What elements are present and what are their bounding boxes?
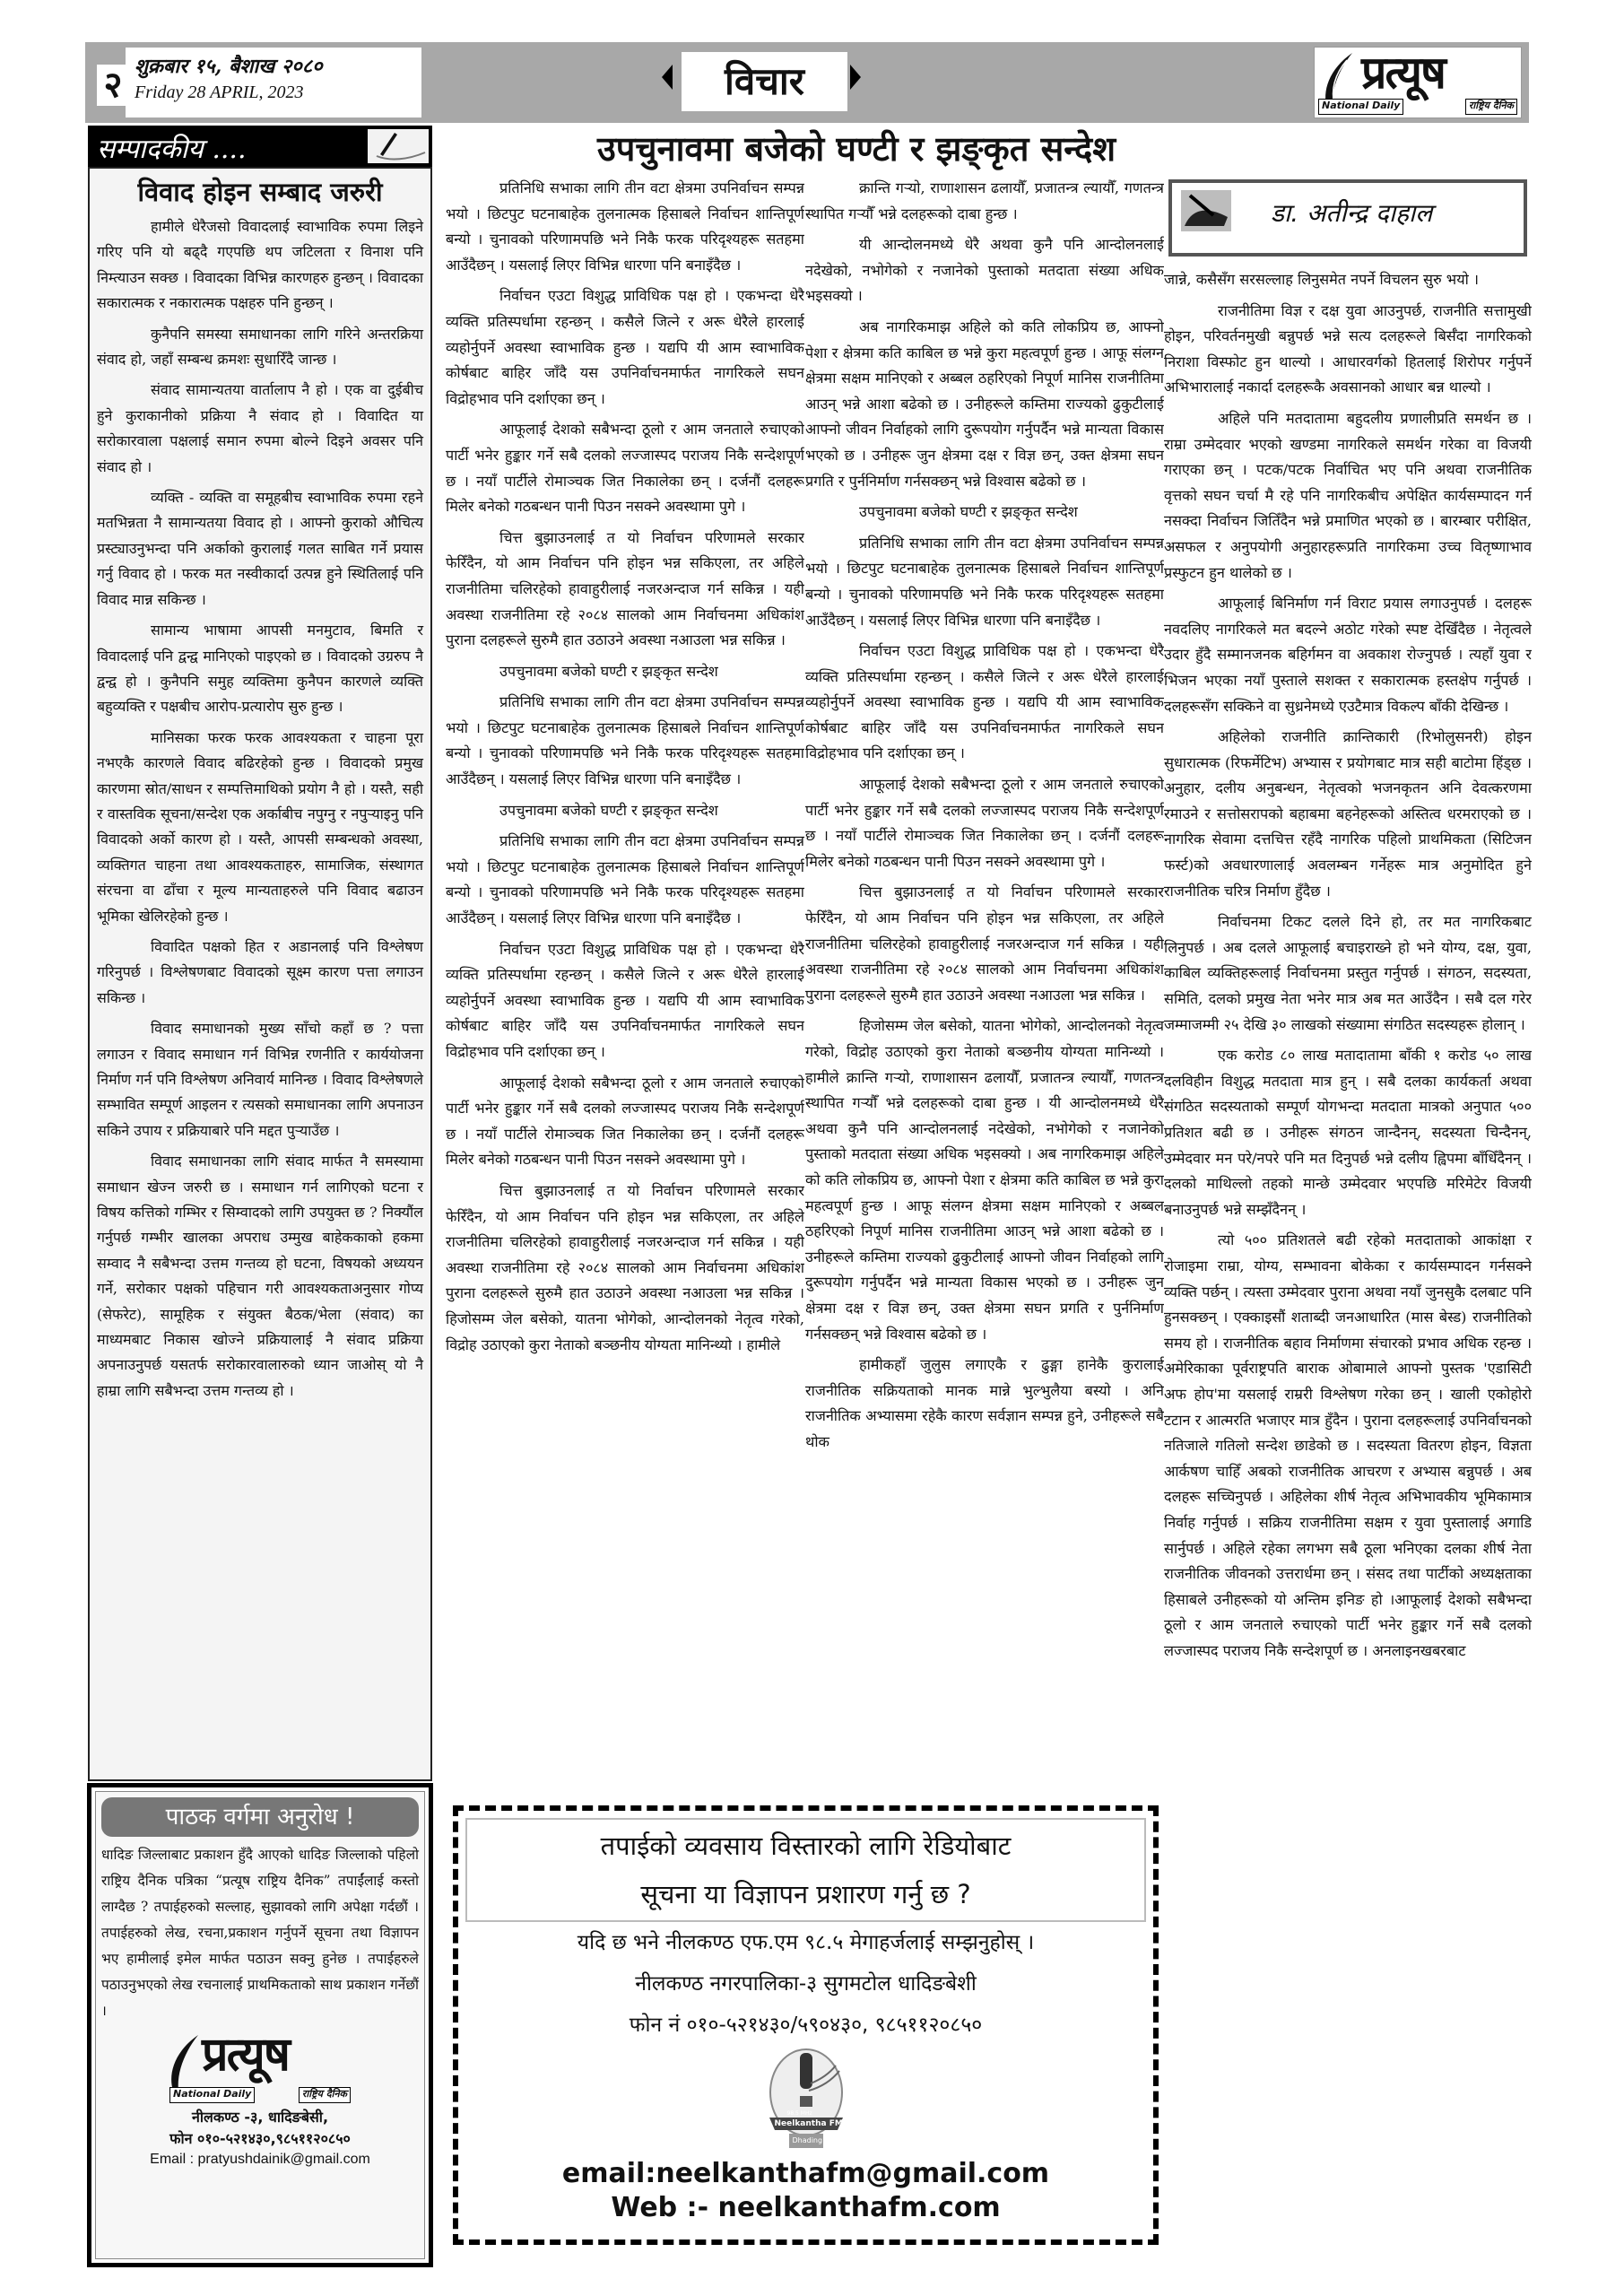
masthead-logo: प्रत्यूष National Daily राष्ट्रिय दैनिक: [1314, 47, 1522, 118]
paragraph: मानिसका फरक फरक आवश्यकता र चाहना पूरा नभ…: [97, 726, 423, 929]
paragraph: सामान्य भाषामा आपसी मनमुटाव, बिमति र विव…: [97, 618, 423, 720]
writing-hand-icon: [1181, 190, 1231, 231]
paragraph: विवादित पक्षको हित र अडानलाई पनि विश्लेष…: [97, 935, 423, 1011]
radio-ad-address: नीलकण्ठ नगरपालिका-३ सुगमटोल धादिङबेशी: [465, 1963, 1146, 2005]
paragraph: हामीले धेरैजसो विवादलाई स्वाभाविक रुपमा …: [97, 214, 423, 317]
radio-ad-email[interactable]: email:neelkanthafm@gmail.com: [465, 2157, 1146, 2191]
paragraph: उपचुनावमा बजेको घण्टी र झङ्कृत सन्देश: [446, 659, 804, 685]
section-title: विचार: [682, 52, 847, 111]
masthead-tag-nepali: राष्ट्रिय दैनिक: [1465, 99, 1517, 115]
paragraph: निर्वाचनमा टिकट दलले दिने हो, तर मत नागर…: [1164, 909, 1532, 1038]
paragraph: उपचुनावमा बजेको घण्टी र झङ्कृत सन्देश: [805, 500, 1164, 526]
reader-request-box: पाठक वर्गमा अनुरोध ! धादिङ जिल्लाबाट प्र…: [87, 1783, 433, 2267]
paragraph: चित्त बुझाउनलाई त यो निर्वाचन परिणामले स…: [446, 526, 804, 654]
masthead-tag-english: National Daily: [1318, 99, 1403, 115]
paragraph: प्रतिनिधि सभाका लागि तीन वटा क्षेत्रमा उ…: [446, 690, 804, 792]
article-column-2: क्रान्ति गऱ्यो, राणाशासन ढलायौँ, प्रजातन…: [805, 176, 1164, 1817]
paragraph: क्रान्ति गऱ्यो, राणाशासन ढलायौँ, प्रजातन…: [805, 176, 1164, 227]
reader-address: नीलकण्ठ -३, धादिङबेसी,: [101, 2107, 419, 2128]
logo-tag-nepali: राष्ट्रिय दैनिक: [299, 2087, 351, 2103]
article-column-1: प्रतिनिधि सभाका लागि तीन वटा क्षेत्रमा उ…: [446, 176, 804, 1817]
paragraph: प्रतिनिधि सभाका लागि तीन वटा क्षेत्रमा उ…: [805, 531, 1164, 633]
logo-frequency: 98.5 MHz: [787, 2110, 812, 2117]
reader-email: Email : pratyushdainik@gmail.com: [101, 2150, 419, 2170]
editorial-label: सम्पादकीय ....: [97, 129, 246, 166]
paragraph: एक करोड ८० लाख मतादातामा बाँकी १ करोड ५०…: [1164, 1043, 1532, 1222]
paragraph: प्रतिनिधि सभाका लागि तीन वटा क्षेत्रमा उ…: [446, 829, 804, 931]
editorial-header: सम्पादकीय ....: [88, 126, 432, 167]
editorial-body: हामीले धेरैजसो विवादलाई स्वाभाविक रुपमा …: [97, 214, 423, 1404]
paragraph: निर्वाचन एउटा विशुद्ध प्राविधिक पक्ष हो …: [446, 937, 804, 1065]
logo-tag-english: National Daily: [169, 2087, 255, 2103]
paragraph: चित्त बुझाउनलाई त यो निर्वाचन परिणामले स…: [446, 1178, 804, 1358]
radio-ad-line-1: यदि छ भने नीलकण्ठ एफ.एम ९८.५ मेगाहर्जलाई…: [465, 1922, 1146, 1963]
paragraph: त्यो ५०० प्रतिशतले बढी रहेको मतदाताको आक…: [1164, 1228, 1532, 1664]
paragraph: निर्वाचन एउटा विशुद्ध प्राविधिक पक्ष हो …: [446, 283, 804, 412]
radio-ad-website[interactable]: Web :- neelkanthafm.com: [465, 2191, 1146, 2225]
paragraph: कुनैपनि समस्या समाधानका लागि गरिने अन्तर…: [97, 322, 423, 373]
author-box: डा. अतीन्द्र दाहाल: [1168, 179, 1527, 257]
reader-request-title: पाठक वर्गमा अनुरोध !: [101, 1797, 419, 1837]
paragraph: राजनीतिमा विज्ञ र दक्ष युवा आउनुपर्छ, रा…: [1164, 299, 1532, 401]
paragraph: उपचुनावमा बजेको घण्टी र झङ्कृत सन्देश: [446, 798, 804, 824]
date-nepali: शुक्रबार १५, बैशाख २०८०: [135, 52, 323, 79]
paragraph: निर्वाचन एउटा विशुद्ध प्राविधिक पक्ष हो …: [805, 639, 1164, 767]
editorial-title: विवाद होइन सम्बाद जरुरी: [97, 174, 423, 209]
reader-request-body: धादिङ जिल्लाबाट प्रकाशन हुँदै आएको धादिङ…: [101, 1842, 419, 2024]
paragraph: आफूलाई देशको सबैभन्दा ठूलो र आम जनताले र…: [446, 1071, 804, 1173]
author-name: डा. अतीन्द्र दाहाल: [1271, 196, 1432, 230]
neelkantha-fm-logo: 98.5 MHz Neelkantha FM Dhading: [766, 2048, 847, 2155]
page-number: २: [97, 65, 129, 106]
paragraph: यी आन्दोलनमध्ये धेरै अथवा कुनै पनि आन्दो…: [805, 232, 1164, 309]
article-column-3: जान्ने, कसैसँग सरसल्लाह लिनुसमेत नपर्ने …: [1164, 267, 1532, 2276]
date-english: Friday 28 APRIL, 2023: [135, 83, 304, 103]
radio-ad-headline-2: सूचना या विज्ञापन प्रशारण गर्नु छ ?: [467, 1870, 1144, 1918]
article-headline: उपचुनावमा बजेको घण्टी र झङ्कृत सन्देश: [444, 124, 1269, 174]
paragraph: हामीकहाँ जुलुस लगाएकै र ढुङ्गा हानेकै कु…: [805, 1352, 1164, 1455]
radio-ad-headline-1: तपाईको व्यवसाय विस्तारको लागि रेडियोबाट: [467, 1822, 1144, 1870]
paragraph: अहिले पनि मतदातामा बहुदलीय प्रणालीप्रति …: [1164, 406, 1532, 586]
paragraph: व्यक्ति - व्यक्ति वा समूहबीच स्वाभाविक र…: [97, 485, 423, 613]
arrow-left-icon: [662, 65, 673, 90]
radio-ad-phone: फोन नं ०१०-५२१४३०/५९०४३०, ९८५११२०८५०: [465, 2005, 1146, 2046]
arrow-right-icon: [850, 65, 861, 90]
masthead-name: प्रत्यूष: [1361, 48, 1445, 98]
editorial-box: विवाद होइन सम्बाद जरुरी हामीले धेरैजसो व…: [88, 167, 432, 1781]
logo-place: Dhading: [793, 2136, 823, 2144]
radio-advertisement: तपाईको व्यवसाय विस्तारको लागि रेडियोबाट …: [453, 1805, 1159, 2245]
paragraph: चित्त बुझाउनलाई त यो निर्वाचन परिणामले स…: [805, 880, 1164, 1008]
logo-name: प्रत्यूष: [202, 2028, 289, 2082]
paragraph: विवाद समाधानका लागि संवाद मार्फत नै समस्…: [97, 1149, 423, 1404]
paragraph: प्रतिनिधि सभाका लागि तीन वटा क्षेत्रमा उ…: [446, 176, 804, 278]
pen-icon: [368, 129, 429, 163]
paragraph: अब नागरिकमाझ अहिले को कति लोकप्रिय छ, आफ…: [805, 315, 1164, 494]
paragraph: संवाद सामान्यतया वार्तालाप नै हो । एक वा…: [97, 378, 423, 480]
paragraph: आफूलाई देशको सबैभन्दा ठूलो र आम जनताले र…: [446, 417, 804, 519]
pratyush-logo: प्रत्यूष National Daily राष्ट्रिय दैनिक: [166, 2031, 354, 2105]
paragraph: जान्ने, कसैसँग सरसल्लाह लिनुसमेत नपर्ने …: [1164, 267, 1532, 293]
paragraph: आफूलाई देशको सबैभन्दा ठूलो र आम जनताले र…: [805, 772, 1164, 874]
feather-icon: [166, 2031, 202, 2094]
paragraph: हिजोसम्म जेल बसेको, यातना भोगेको, आन्दोल…: [805, 1013, 1164, 1347]
paragraph: अहिलेको राजनीति क्रान्तिकारी (रिभोलुसनरी…: [1164, 725, 1532, 904]
paragraph: आफूलाई बिनिर्माण गर्न विराट प्रयास लगाउन…: [1164, 591, 1532, 719]
paragraph: विवाद समाधानको मुख्य साँचो कहाँ छ ? पत्त…: [97, 1016, 423, 1144]
reader-phone: फोन ०१०-५२१४३०,९८५११२०८५०: [101, 2128, 419, 2150]
logo-station-name: Neelkantha FM: [775, 2119, 843, 2128]
radio-ad-headline: तपाईको व्यवसाय विस्तारको लागि रेडियोबाट …: [465, 1818, 1146, 1922]
